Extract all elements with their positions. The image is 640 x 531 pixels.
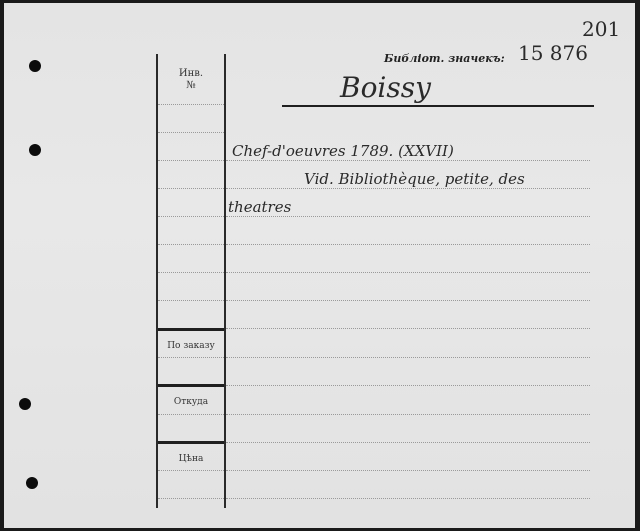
entry-rule [226, 244, 590, 245]
left-divider-by-order [158, 328, 224, 331]
entry-rule [226, 216, 590, 217]
entry-line-1: Chef-d'oeuvres 1789. (XXVII) [232, 142, 454, 160]
entry-rule [226, 442, 590, 443]
entry-rule [226, 357, 590, 358]
left-column-border-right [224, 54, 226, 508]
author-underline [282, 105, 594, 107]
left-divider-from-where [158, 384, 224, 387]
price-label: Цѣна [158, 454, 224, 464]
left-rule [158, 160, 224, 161]
left-rule [158, 272, 224, 273]
corner-number: 201 [582, 17, 620, 41]
entry-rule [226, 470, 590, 471]
left-rule [158, 357, 224, 358]
left-rule [158, 300, 224, 301]
catalog-card: 201 Библіот. значекъ: 15 876 Инв. № Bois… [4, 3, 635, 528]
punch-hole-1 [29, 60, 41, 72]
left-rule [158, 498, 224, 499]
punch-hole-3 [19, 398, 31, 410]
author-name: Boissy [340, 71, 431, 104]
entry-rule [226, 188, 590, 189]
left-rule [158, 188, 224, 189]
punch-hole-4 [26, 477, 38, 489]
entry-rule [226, 385, 590, 386]
entry-rule [226, 414, 590, 415]
left-column-border-left [156, 54, 158, 508]
entry-rule [226, 160, 590, 161]
from-where-label: Откуда [158, 397, 224, 407]
left-rule [158, 132, 224, 133]
library-mark-label: Библіот. значекъ: [384, 52, 505, 65]
number-sign-label: № [158, 80, 224, 91]
punch-hole-2 [29, 144, 41, 156]
left-rule [158, 104, 224, 105]
left-divider-price [158, 441, 224, 444]
by-order-label: По заказу [158, 341, 224, 351]
entry-line-3: theatres [228, 198, 291, 216]
entry-rule [226, 328, 590, 329]
library-mark-value: 15 876 [518, 41, 588, 65]
entry-rule [226, 498, 590, 499]
inv-label: Инв. [158, 68, 224, 79]
left-rule [158, 470, 224, 471]
left-rule [158, 244, 224, 245]
entry-line-2: Vid. Bibliothèque, petite, des [304, 170, 525, 188]
left-rule [158, 216, 224, 217]
entry-rule [226, 300, 590, 301]
entry-rule [226, 272, 590, 273]
left-rule [158, 414, 224, 415]
